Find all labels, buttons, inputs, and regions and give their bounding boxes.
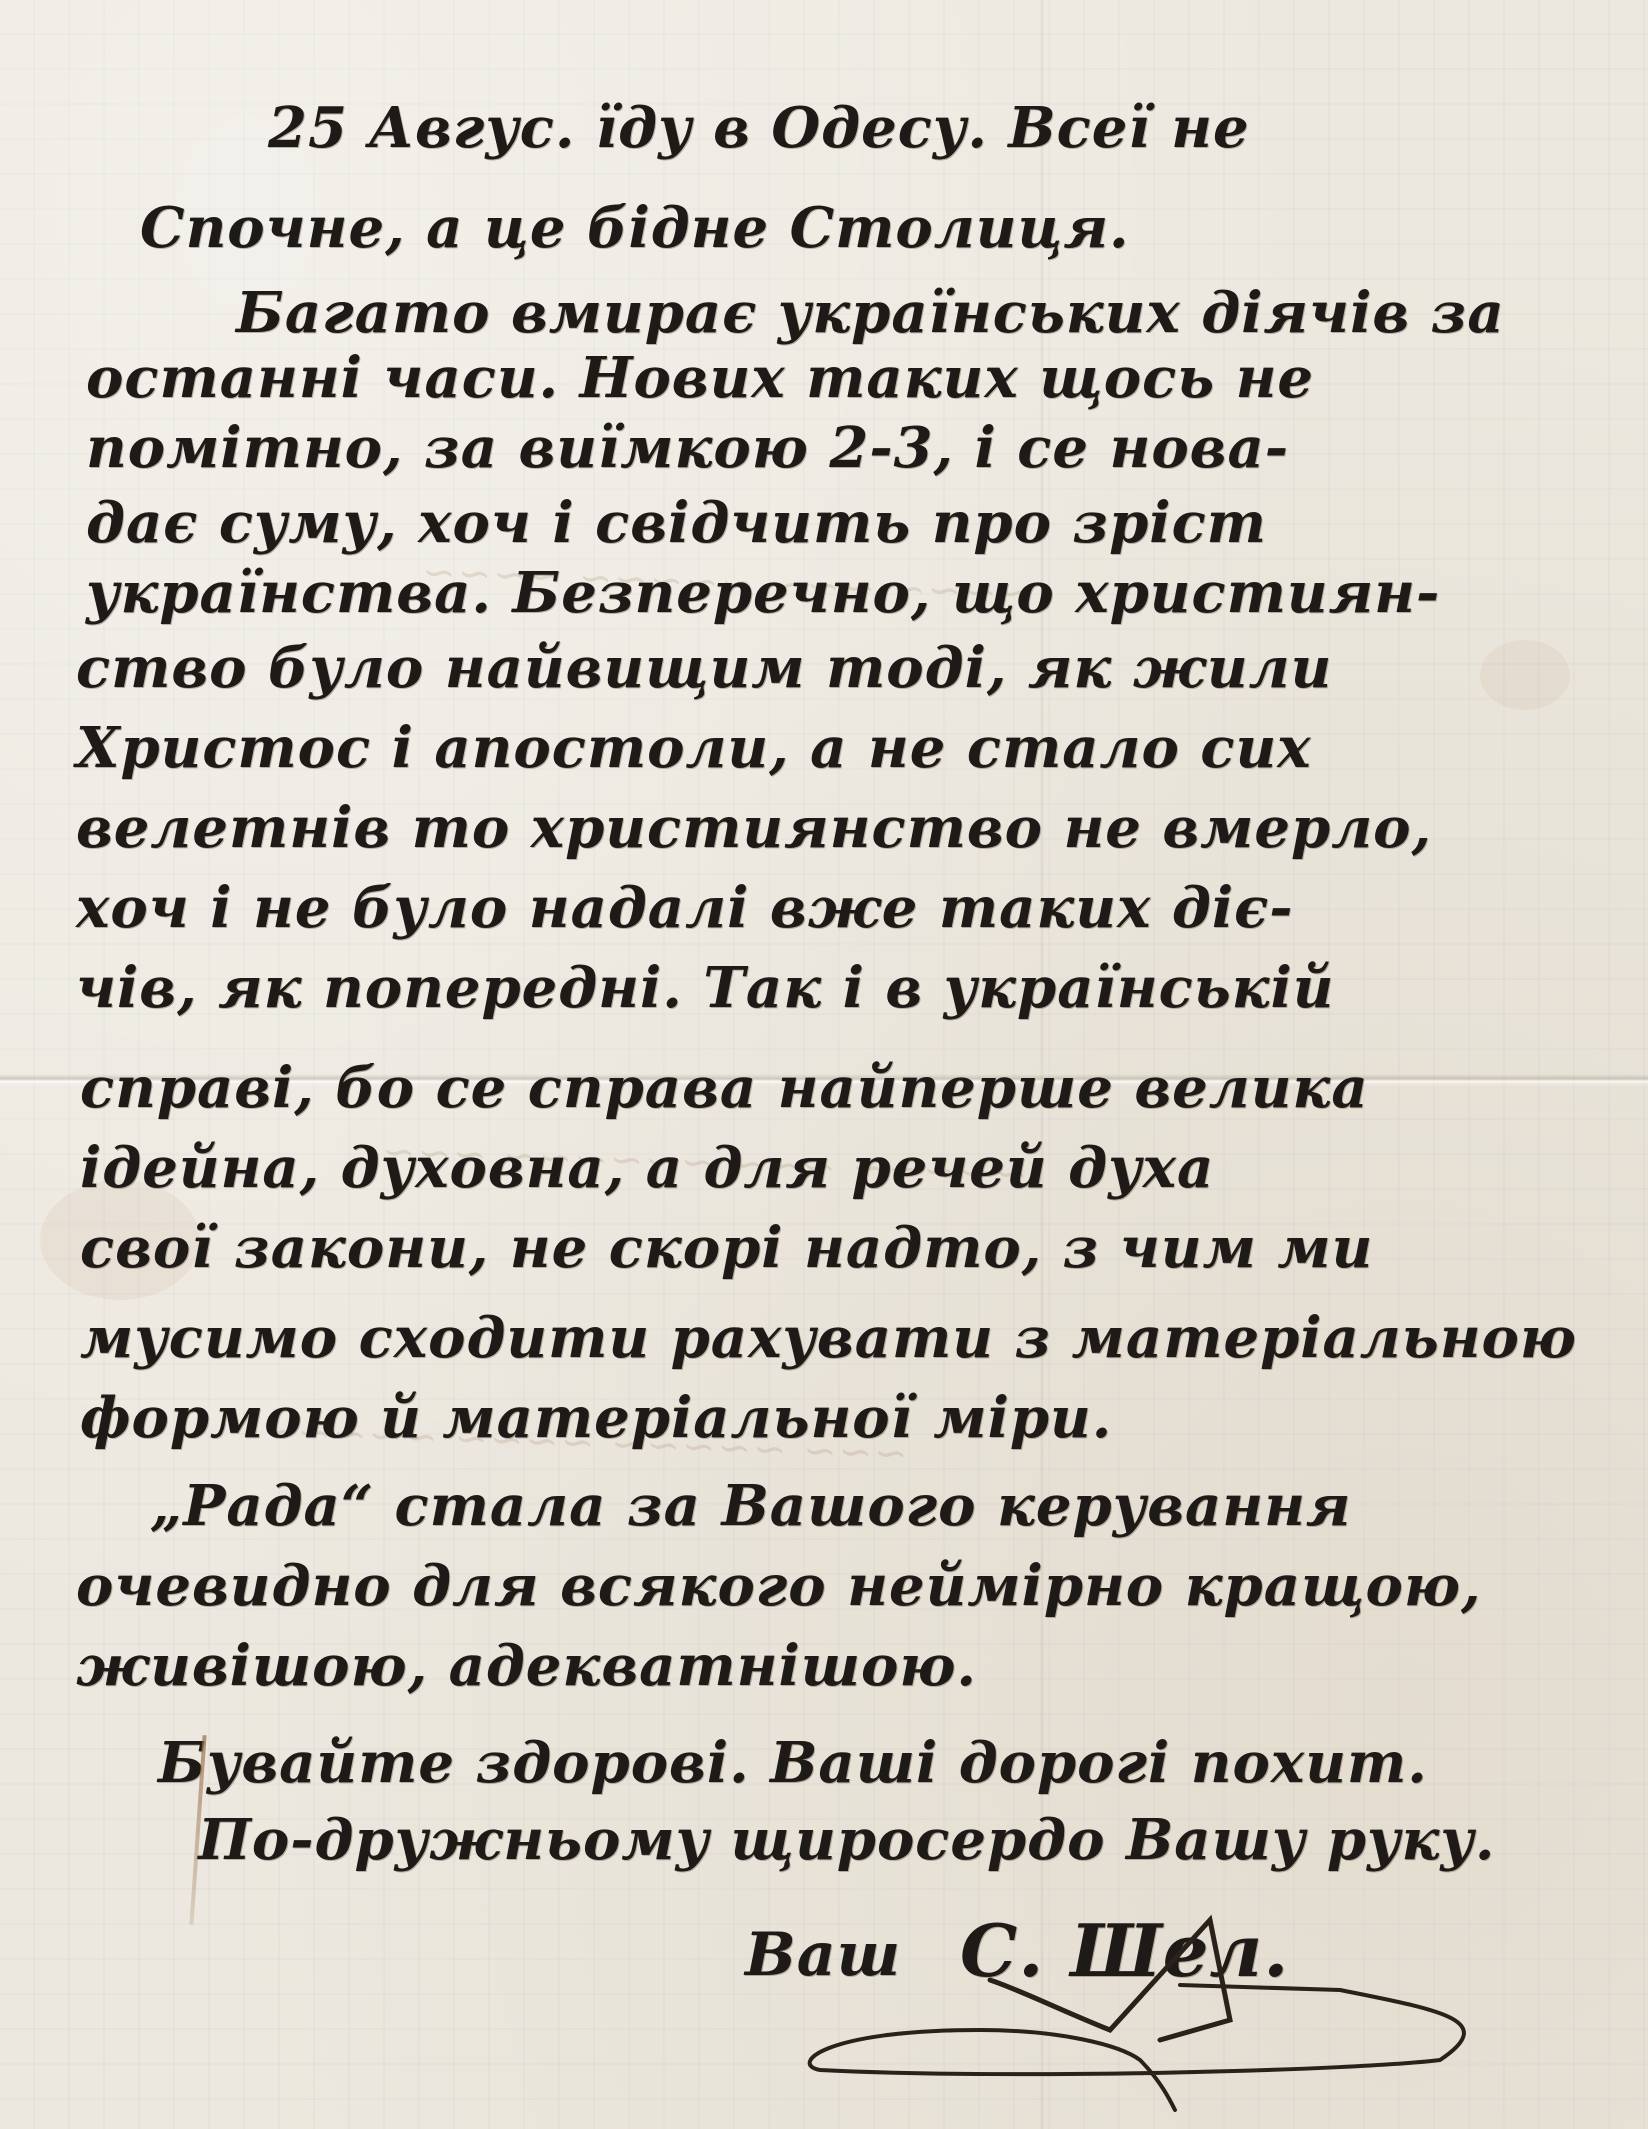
paper-stain: [1480, 640, 1570, 710]
letter-line-19: очевидно для всякого неймірно кращою,: [76, 1558, 1481, 1614]
letter-line-7: українства. Безперечно, що християн-: [86, 565, 1440, 621]
letter-line-18: „Рада“ стала за Вашого керування: [150, 1478, 1352, 1534]
letter-line-3: Багато вмирає українських діячів за: [236, 285, 1505, 341]
letter-line-5: помітно, за виїмкою 2-3, і се нова-: [86, 420, 1289, 476]
letter-line-8: ство було найвищим тоді, як жили: [76, 640, 1332, 696]
letter-line-20: живішою, адекватнішою.: [76, 1638, 977, 1694]
letter-line-2: Спочне, а це бідне Столиця.: [140, 200, 1130, 256]
letter-line-17: формою й матеріальної міри.: [80, 1390, 1112, 1446]
letter-line-16: мусимо сходити рахувати з матеріальною: [80, 1310, 1577, 1366]
letter-line-15: свої закони, не скорі надто, з чим ми: [80, 1220, 1373, 1276]
letter-line-10: велетнів то християнство не вмерло,: [76, 800, 1432, 856]
letter-page: ~~~~ ~~~ ~~~~~ ~~~~ ~~~~~ ~~~ ~~~~~~ ~~~…: [0, 0, 1648, 2129]
letter-line-11: хоч і не було надалі вже таких діє-: [76, 880, 1293, 936]
letter-line-4: останні часи. Нових таких щось не: [86, 350, 1314, 406]
letter-line-6: дає суму, хоч і свідчить про зріст: [86, 495, 1267, 551]
letter-line-21: Бувайте здорові. Ваші дорогі похит.: [158, 1735, 1428, 1791]
letter-line-12: чів, як попередні. Так і в українській: [76, 960, 1335, 1016]
letter-line-14: ідейна, духовна, а для речей духа: [80, 1140, 1214, 1196]
letter-line-22: По-дружньому щиросердо Вашу руку.: [198, 1812, 1495, 1868]
letter-line-9: Христос і апостоли, а не стало сих: [76, 720, 1312, 776]
signature-flourish: [800, 1870, 1648, 2129]
letter-line-1: 25 Авгус. їду в Одесу. Всеї не: [268, 100, 1250, 156]
letter-line-13: справі, бо се справа найперше велика: [80, 1060, 1369, 1116]
